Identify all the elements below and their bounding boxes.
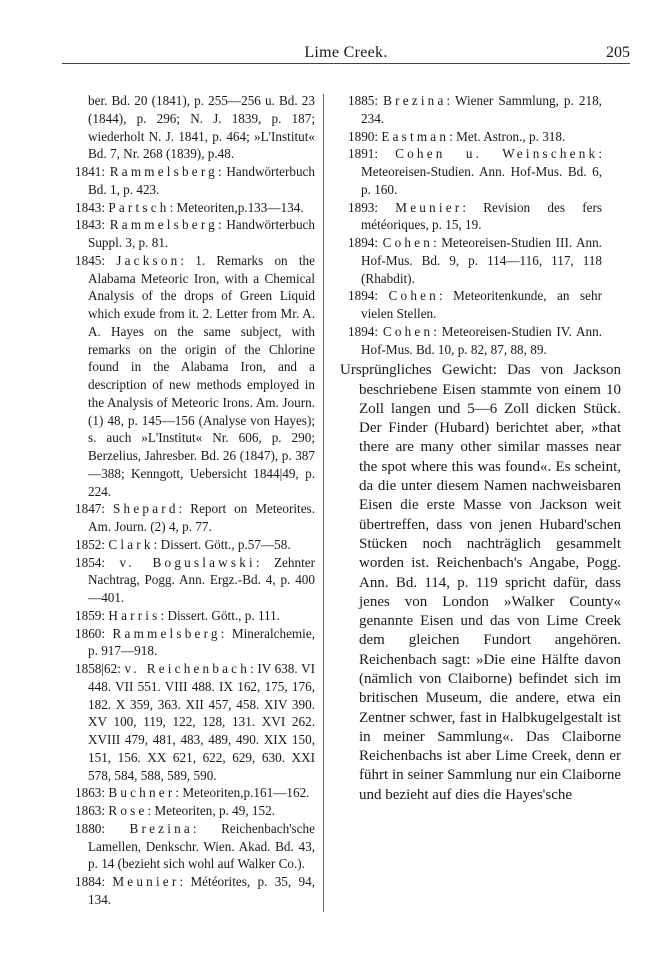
page-number: 205 [606,44,630,62]
entry-author: Shepard [113,501,179,516]
entry-year: 1894 [348,324,374,339]
section-heading: Ursprüngliches Gewicht: [340,362,497,378]
entry-author: Harris [108,608,160,623]
entry-year: 1884 [75,874,101,889]
entry-author: Cohen [389,288,439,303]
page-header: Lime Creek. 205 [62,42,630,64]
bibliography-entry: 1843: Partsch: Meteoriten,p.133—134. [75,199,315,217]
entry-author: Clark [108,537,153,552]
entry-text: Meteoriten, p. 49, 152. [155,803,276,818]
bibliography-entry: 1863: Buchner: Meteoriten,p.161—162. [75,784,315,802]
entry-year: 1890 [348,129,374,144]
entry-year: 1891 [348,146,374,161]
entry-author: Eastman [381,129,449,144]
entry-year: 1863 [75,785,101,800]
entry-text: 1. Remarks on the Alabama Meteoric Iron,… [88,253,315,499]
bibliography-entry: 1852: Clark: Dissert. Gött., p.57—58. [75,536,315,554]
entry-year: 1841 [75,164,101,179]
bibliography-entry: 1890: Eastman: Met. Astron., p. 318. [348,128,602,146]
entry-author: Cohen u. Weinschenk [395,146,598,161]
bibliography-entry: 1894: Cohen: Meteoreisen-Studien IV. Ann… [348,323,602,359]
column-divider [323,94,324,912]
bibliography-entry: 1885: Brezina: Wiener Sammlung, p. 218, … [348,92,602,128]
entry-year: 1880 [75,821,101,836]
entry-year: 1852 [75,537,101,552]
original-weight-paragraph: Ursprüngliches Gewicht: Das von Jackson … [340,361,621,805]
entry-year: 1847 [75,501,101,516]
running-title: Lime Creek. [62,44,630,62]
bibliography-entry: 1841: Rammelsberg: Handwörterbuch Bd. 1,… [75,163,315,199]
bibliography-entry: 1894: Cohen: Meteoreisen-Studien III. An… [348,234,602,287]
bibliography-entry: 1854: v. Boguslawski: Zehnter Nachtrag, … [75,554,315,607]
entry-year: 1843 [75,200,101,215]
bibliography-entry: 1893: Meunier: Revision des fers météori… [348,199,602,235]
entry-author: Rose [108,803,147,818]
entry-author: Partsch [108,200,169,215]
entry-year: 1863 [75,803,101,818]
entry-year: 1845 [75,253,101,268]
entry-year: 1885 [348,93,374,108]
bibliography-entry: 1891: Cohen u. Weinschenk: Meteoreisen-S… [348,145,602,198]
entry-author: Rammelsberg [110,164,218,179]
entry-author: Brezina [383,93,446,108]
left-column: ber. Bd. 20 (1841), p. 255—256 u. Bd. 23… [75,92,315,909]
entry-year: 1893 [348,200,374,215]
entry-text: Meteoriten,p.161—162. [182,785,309,800]
bibliography-entry: 1863: Rose: Meteoriten, p. 49, 152. [75,802,315,820]
entry-author: Cohen [383,235,433,250]
entry-year: 1894 [348,235,374,250]
entry-author: Cohen [383,324,433,339]
header-rule [62,63,630,64]
entry-author: v. Boguslawski [119,555,255,570]
entry-year: 1854 [75,555,101,570]
entry-author: Rammelsberg [113,626,221,641]
bibliography-entry: 1858|62: v. Reichenbach: IV 638. VI 448.… [75,660,315,784]
entry-text: Meteoriten,p.133—134. [177,200,304,215]
entry-year: 1859 [75,608,101,623]
entry-year: 1843 [75,217,101,232]
entry-year: 1858|62 [75,661,117,676]
entry-author: v. Reichenbach [124,661,250,676]
continuation-text: ber. Bd. 20 (1841), p. 255—256 u. Bd. 23… [75,92,315,163]
bibliography-entry: 1894: Cohen: Meteoritenkunde, an sehr vi… [348,287,602,323]
bibliography-entry: 1859: Harris: Dissert. Gött., p. 111. [75,607,315,625]
entry-author: Buchner [108,785,175,800]
entry-text: Dissert. Gött., p.57—58. [161,537,291,552]
entry-author: Jackson [116,253,180,268]
entry-author: Meunier [395,200,462,215]
entry-author: Rammelsberg [110,217,218,232]
right-column: 1885: Brezina: Wiener Sammlung, p. 218, … [348,92,602,805]
entry-author: Brezina [130,821,193,836]
bibliography-entry: 1843: Rammelsberg: Handwörterbuch Suppl.… [75,216,315,252]
entry-year: 1860 [75,626,101,641]
entry-author: Meunier [112,874,179,889]
bibliography-entry: 1845: Jackson: 1. Remarks on the Alabama… [75,252,315,501]
entry-text: Meteoreisen-Studien. Ann. Hof-Mus. Bd. 6… [361,164,602,197]
bibliography-entry: 1847: Shepard: Report on Meteorites. Am.… [75,500,315,536]
entry-text: IV 638. VI 448. VII 551. VIII 488. IX 16… [88,661,315,783]
entry-text: Dissert. Gött., p. 111. [167,608,280,623]
entry-text: Reichenbach'sche Lamellen, Denkschr. Wie… [88,821,315,872]
bibliography-entry: 1860: Rammelsberg: Mineralchemie, p. 917… [75,625,315,661]
entry-text: Met. Astron., p. 318. [456,129,565,144]
bibliography-entry: 1884: Meunier: Météorites, p. 35, 94, 13… [75,873,315,909]
section-text: Das von Jackson beschriebene Eisen stamm… [359,362,621,803]
bibliography-entry: 1880: Brezina: Reichenbach'sche Lamellen… [75,820,315,873]
entry-year: 1894 [348,288,374,303]
